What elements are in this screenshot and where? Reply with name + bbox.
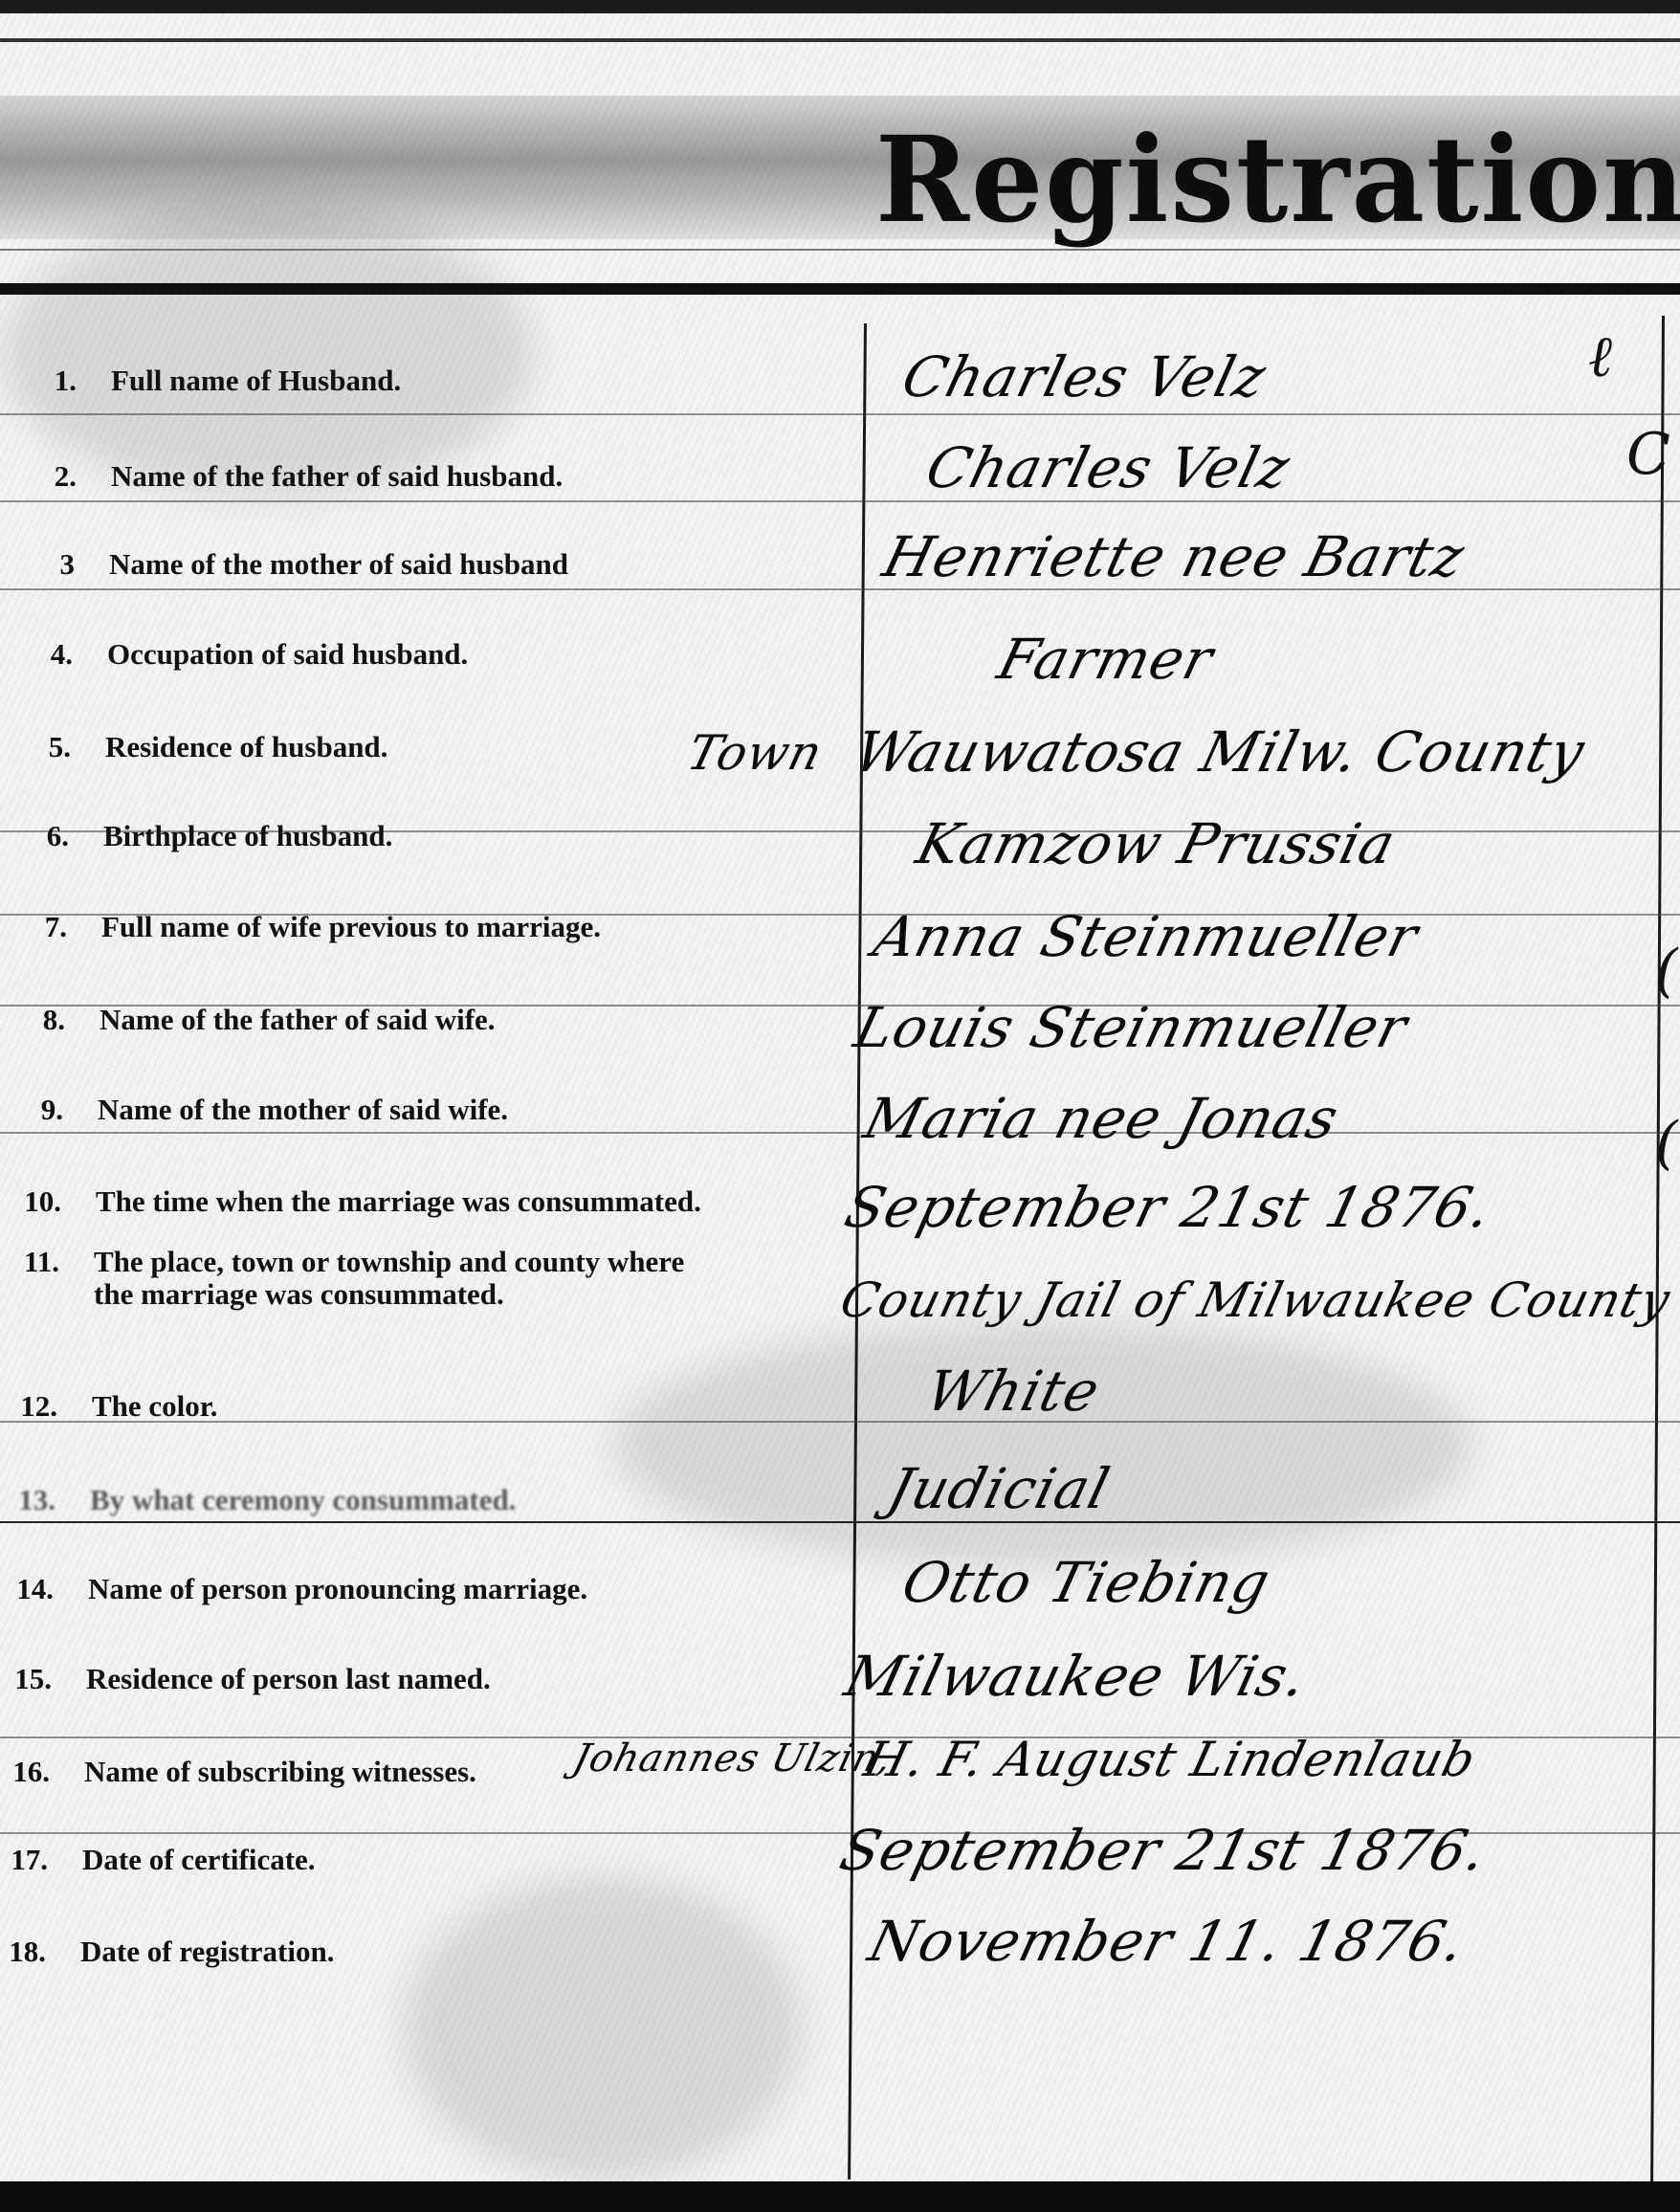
field-label-11: 11.The place, town or township and count…: [0, 1246, 684, 1311]
field-label-3: 3Name of the mother of said husband: [0, 547, 568, 582]
field-number: 1.: [0, 364, 77, 398]
field-label-14: 14.Name of person pronouncing marriage.: [0, 1572, 587, 1606]
smudge: [402, 1875, 804, 2181]
field-label-text: The place, town or township and county w…: [94, 1245, 684, 1278]
field-number: 7.: [0, 910, 67, 944]
document-title: Registration of: [875, 110, 1680, 250]
field-number: 16.: [0, 1755, 50, 1789]
field-label-text: Full name of wife previous to marriage.: [101, 910, 601, 943]
header-rule: [0, 283, 1680, 295]
bottom-border: [0, 2181, 1680, 2212]
field-label-1: 1.Full name of Husband.: [0, 364, 401, 398]
field-label-text: The time when the marriage was consummat…: [96, 1184, 701, 1218]
field-number: 18.: [0, 1935, 46, 1969]
top-border: [0, 0, 1680, 13]
field-label-9: 9.Name of the mother of said wife.: [0, 1093, 508, 1127]
field-label-12: 12.The color.: [0, 1389, 217, 1424]
field-value-16-prefix: Johannes Ulzin,: [568, 1736, 896, 1781]
field-label-text: Name of subscribing witnesses.: [84, 1755, 476, 1788]
field-number: 2.: [0, 459, 77, 494]
edge-fragment: (: [1655, 1110, 1677, 1177]
row-rule: [0, 413, 1680, 415]
field-number: 5.: [0, 730, 71, 764]
field-label-text: Name of the father of said wife.: [99, 1003, 496, 1036]
column-divider-main: [848, 323, 867, 2179]
row-rule: [0, 500, 1680, 502]
field-value-17: September 21st 1876.: [834, 1818, 1494, 1883]
field-label-17: 17.Date of certificate.: [0, 1843, 316, 1877]
field-label-10: 10.The time when the marriage was consum…: [0, 1184, 701, 1219]
field-value-2: Charles Velz: [920, 435, 1297, 500]
field-value-12: White: [920, 1359, 1107, 1424]
smudge: [0, 210, 536, 498]
field-label-7: 7.Full name of wife previous to marriage…: [0, 910, 601, 944]
edge-fragment: C: [1626, 421, 1670, 488]
field-label-2: 2.Name of the father of said husband.: [0, 459, 563, 494]
field-number: 6.: [0, 819, 69, 853]
field-label-text: Name of the mother of said wife.: [98, 1093, 508, 1126]
row-rule: [0, 1421, 1680, 1423]
field-label-15: 15.Residence of person last named.: [0, 1662, 491, 1696]
field-label-text: The color.: [92, 1389, 217, 1423]
field-label-4: 4.Occupation of said husband.: [0, 637, 468, 672]
field-label-text: Residence of person last named.: [86, 1662, 491, 1695]
top-rule: [0, 38, 1680, 42]
field-value-5: Wauwatosa Milw. County: [849, 719, 1592, 785]
field-label-5: 5.Residence of husband.: [0, 730, 387, 764]
field-number: 17.: [0, 1843, 48, 1877]
row-rule: [0, 1132, 1680, 1134]
header-rule-thin: [0, 249, 1680, 251]
smudge: [612, 1320, 1473, 1569]
field-number: 9.: [0, 1093, 63, 1127]
field-label-text-cont: the marriage was consummated.: [0, 1278, 684, 1311]
field-number: 8.: [0, 1003, 65, 1037]
field-value-1: Charles Velz: [896, 344, 1273, 409]
field-value-14: Otto Tiebing: [896, 1550, 1277, 1615]
edge-fragment: (: [1655, 938, 1677, 1005]
edge-fragment: ℓ: [1588, 323, 1612, 390]
field-value-15: Milwaukee Wis.: [839, 1644, 1315, 1709]
field-number: 12.: [0, 1389, 57, 1424]
field-label-text: Date of certificate.: [82, 1843, 316, 1876]
field-label-13: 13.By what ceremony consummated.: [0, 1483, 516, 1517]
field-label-text: Occupation of said husband.: [107, 637, 468, 671]
field-value-4: Farmer: [992, 627, 1221, 692]
field-value-11: County Jail of Milwaukee County: [835, 1272, 1676, 1328]
field-number: 3: [0, 547, 75, 582]
field-value-5-prefix: Town: [682, 725, 829, 781]
column-divider-right: [1650, 316, 1665, 2181]
field-number: 10.: [0, 1184, 61, 1219]
row-rule: [0, 1521, 1680, 1523]
field-number: 15.: [0, 1662, 52, 1696]
field-label-18: 18.Date of registration.: [0, 1935, 334, 1969]
field-label-6: 6.Birthplace of husband.: [0, 819, 392, 853]
field-label-8: 8.Name of the father of said wife.: [0, 1003, 496, 1037]
field-value-16: H. F. August Lindenlaub: [859, 1732, 1482, 1787]
field-value-10: September 21st 1876.: [839, 1175, 1499, 1240]
field-label-text: Name of person pronouncing marriage.: [88, 1572, 587, 1605]
field-number: 14.: [0, 1572, 54, 1606]
field-label-text: Name of the father of said husband.: [111, 459, 563, 493]
field-value-6: Kamzow Prussia: [911, 811, 1403, 876]
field-label-text: Date of registration.: [80, 1935, 334, 1968]
field-value-9: Maria nee Jonas: [858, 1086, 1346, 1151]
field-value-3: Henriette nee Bartz: [877, 524, 1471, 589]
field-label-16: 16.Name of subscribing witnesses.: [0, 1755, 476, 1789]
field-number: 11.: [0, 1246, 59, 1278]
field-value-7: Anna Steinmueller: [868, 904, 1426, 969]
field-label-text: Residence of husband.: [105, 730, 387, 763]
field-label-text: By what ceremony consummated.: [90, 1483, 516, 1516]
field-number: 13.: [0, 1483, 55, 1517]
field-value-13: Judicial: [882, 1456, 1116, 1521]
field-value-8: Louis Steinmueller: [849, 995, 1415, 1060]
field-value-18: November 11. 1876.: [863, 1909, 1472, 1974]
field-label-text: Birthplace of husband.: [103, 819, 392, 852]
field-label-text: Full name of Husband.: [111, 364, 401, 397]
field-label-text: Name of the mother of said husband: [109, 547, 568, 581]
field-number: 4.: [0, 637, 73, 672]
